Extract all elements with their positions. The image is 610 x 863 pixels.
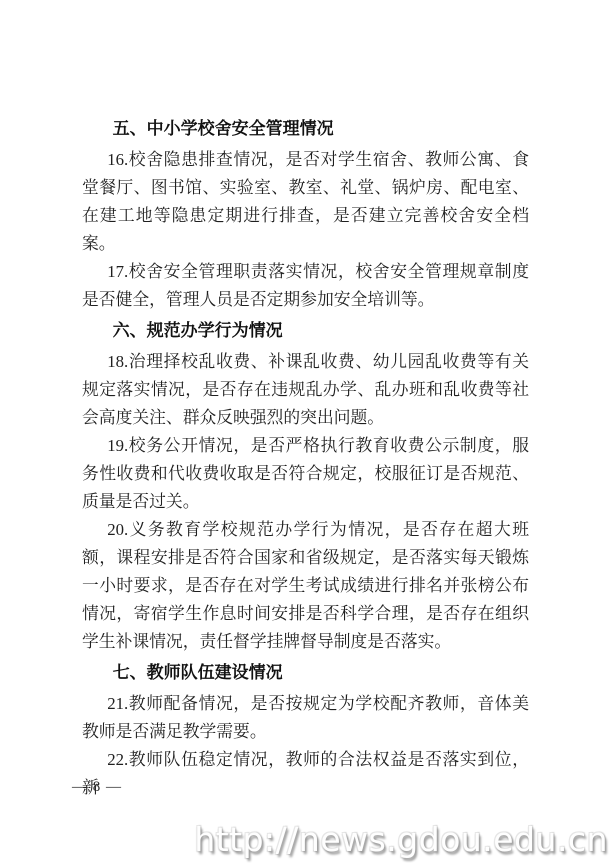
paragraph-16: 16.校舍隐患排查情况，是否对学生宿舍、教师公寓、食堂餐厅、图书馆、实验室、教室… — [82, 146, 529, 258]
section-heading-5: 五、中小学校舍安全管理情况 — [82, 115, 529, 143]
section-heading-6: 六、规范办学行为情况 — [82, 317, 529, 345]
paragraph-20: 20.义务教育学校规范办学行为情况，是否存在超大班额，课程安排是否符合国家和省级… — [82, 516, 529, 656]
watermark-url: http://news.gdou.edu.cn — [194, 820, 608, 859]
paragraph-17: 17.校舍安全管理职责落实情况，校舍安全管理规章制度是否健全，管理人员是否定期参… — [82, 258, 529, 314]
paragraph-18: 18.治理择校乱收费、补课乱收费、幼儿园乱收费等有关规定落实情况，是否存在违规乱… — [82, 348, 529, 432]
section-heading-7: 七、教师队伍建设情况 — [82, 659, 529, 687]
paragraph-19: 19.校务公开情况，是否严格执行教育收费公示制度，服务性收费和代收费收取是否符合… — [82, 432, 529, 516]
paragraph-22: 22.教师队伍稳定情况，教师的合法权益是否落实到位，新 — [82, 746, 529, 802]
paragraph-21: 21.教师配备情况，是否按规定为学校配齐教师，音体美教师是否满足教学需要。 — [82, 690, 529, 746]
page-number: — 8 — — [72, 779, 122, 796]
document-page: 五、中小学校舍安全管理情况 16.校舍隐患排查情况，是否对学生宿舍、教师公寓、食… — [0, 0, 610, 863]
document-body: 五、中小学校舍安全管理情况 16.校舍隐患排查情况，是否对学生宿舍、教师公寓、食… — [82, 112, 529, 802]
